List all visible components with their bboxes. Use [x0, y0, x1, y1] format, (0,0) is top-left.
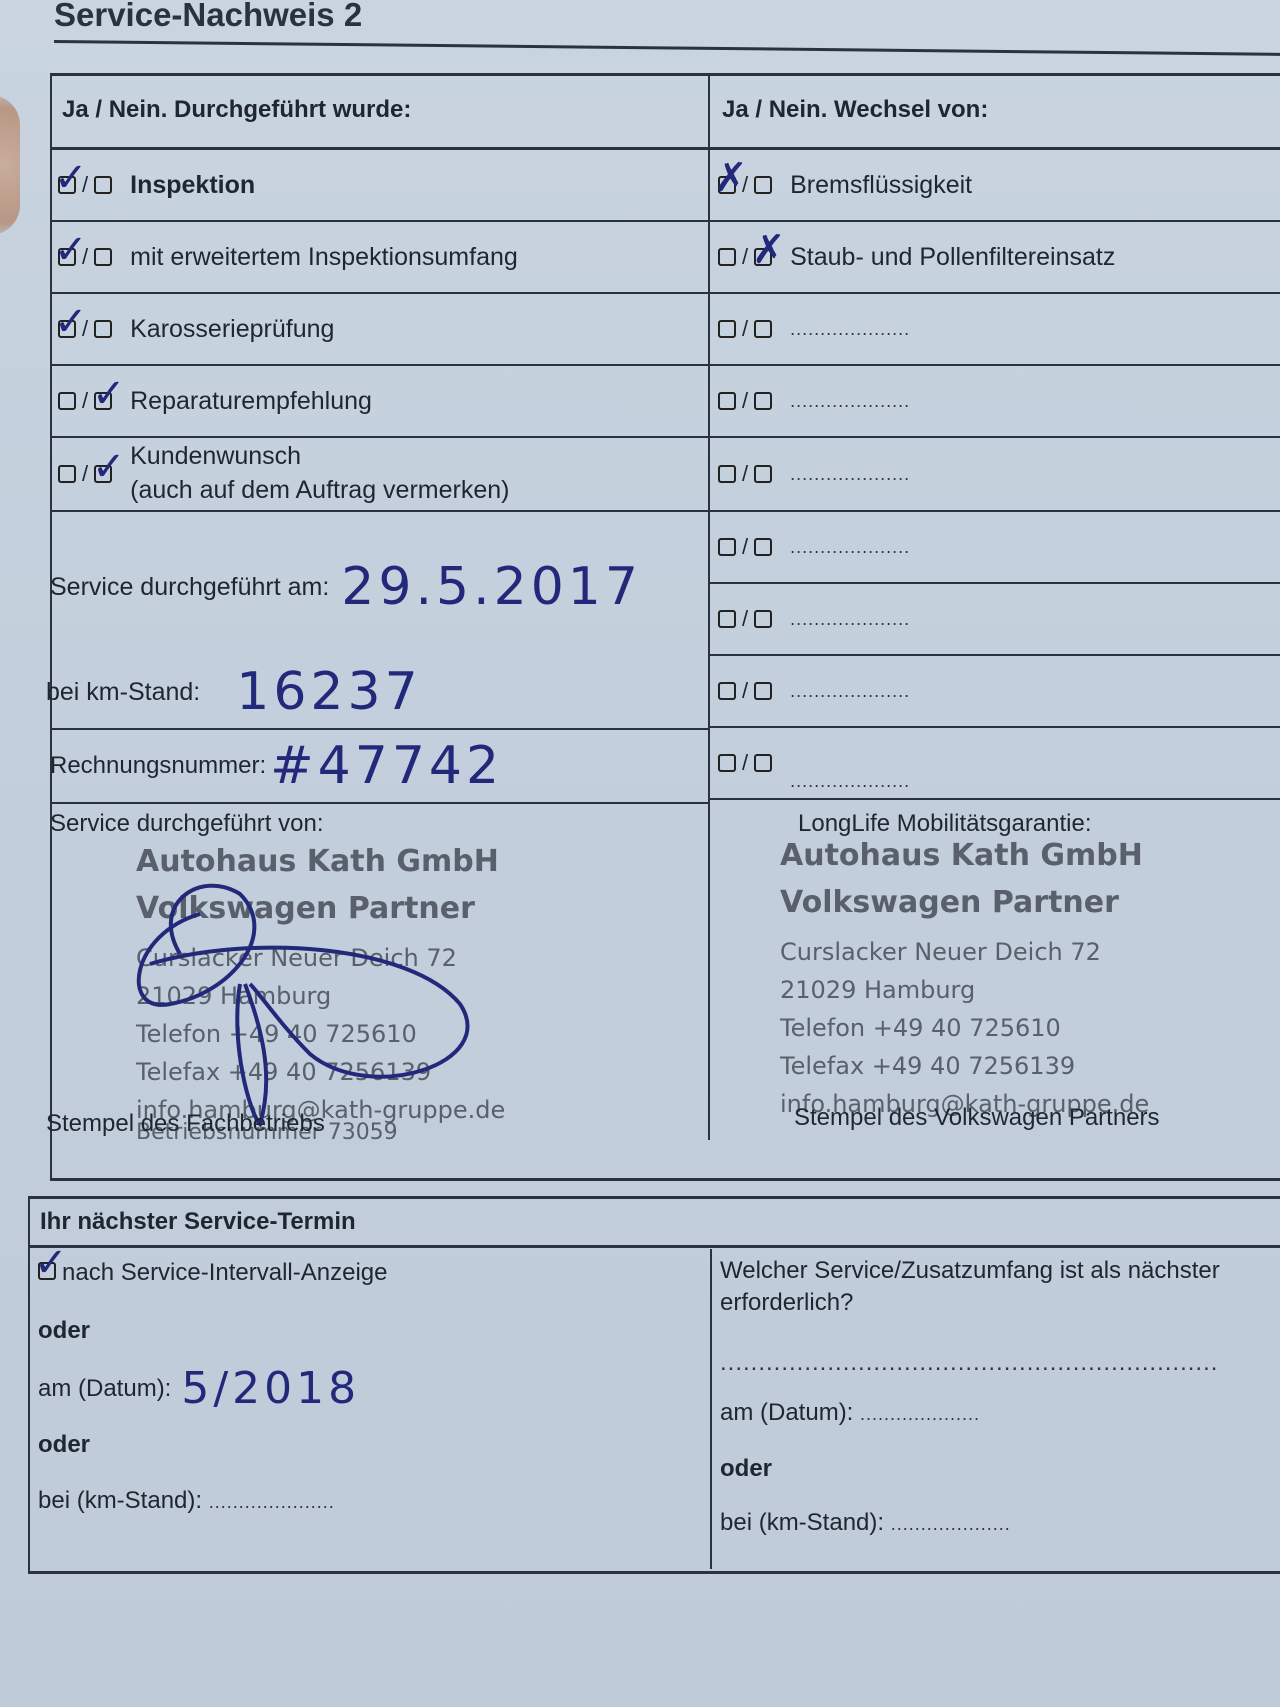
checkbox-yes[interactable]: [58, 392, 76, 410]
yes-no-checkbox[interactable]: /: [718, 316, 772, 342]
stamp-city: 21029 Hamburg: [780, 976, 1149, 1004]
checkbox-no[interactable]: [754, 392, 772, 410]
right-header: Ja / Nein. Wechsel von:: [710, 73, 1280, 150]
blank-entry[interactable]: ....................: [790, 464, 910, 485]
stamp-company: Autohaus Kath GmbH: [780, 838, 1149, 873]
yes-no-checkbox[interactable]: /: [718, 461, 772, 487]
next-date-value[interactable]: 5/2018: [181, 1363, 360, 1414]
blank-entry[interactable]: ....................: [790, 319, 910, 340]
stamp-fax: Telefax +49 40 7256139: [780, 1052, 1149, 1080]
right-column: Ja / Nein. Wechsel von: / ✗ Bremsflüssig…: [708, 73, 1280, 1140]
stamp-partner: Volkswagen Partner: [780, 885, 1149, 920]
checkbox-yes[interactable]: [718, 538, 736, 556]
list-item: / ✓ Reparaturempfehlung: [50, 366, 708, 438]
left-column: Ja / Nein. Durchgeführt wurde: / ✓ Inspe…: [50, 73, 708, 1144]
interval-label: nach Service-Intervall-Anzeige: [62, 1259, 388, 1287]
list-item: / ....................: [710, 294, 1280, 366]
yes-no-checkbox[interactable]: / ✓: [58, 316, 112, 342]
invoice-value[interactable]: #47742: [270, 736, 503, 796]
list-item: / ✗ Staub- und Pollenfiltereinsatz: [710, 222, 1280, 294]
next-scope-answer[interactable]: ........................................…: [720, 1349, 1218, 1377]
checkbox-yes[interactable]: [718, 392, 736, 410]
list-item: / ....................: [710, 512, 1280, 584]
list-item: / ....................: [710, 656, 1280, 728]
checkbox-no[interactable]: [754, 682, 772, 700]
workshop-stamp-footer: Stempel des Fachbetriebs: [46, 1110, 325, 1138]
partner-stamp: Autohaus Kath GmbH Volkswagen Partner Cu…: [780, 838, 1149, 1118]
item-label: Bremsflüssigkeit: [790, 171, 972, 200]
checkbox-yes[interactable]: [58, 465, 76, 483]
list-item: / ✓ mit erweitertem Inspektionsumfang: [50, 222, 708, 294]
pen-cross-icon: ✗: [752, 230, 786, 270]
checkbox-yes[interactable]: [718, 248, 736, 266]
km-label: bei km-Stand:: [46, 678, 200, 707]
interval-option[interactable]: ✓ nach Service-Intervall-Anzeige: [38, 1259, 388, 1287]
yes-no-checkbox[interactable]: /: [718, 606, 772, 632]
list-item: / ✓ Inspektion: [50, 150, 708, 222]
stamp-street: Curslacker Neuer Deich 72: [780, 938, 1149, 966]
next-km-label: bei (km-Stand):: [38, 1487, 202, 1514]
item-label-main: Kundenwunsch: [130, 442, 301, 470]
pen-check-icon: ✓: [34, 1243, 68, 1283]
list-item: / ....................: [710, 366, 1280, 438]
next-service-header: Ihr nächster Service-Termin: [30, 1199, 1280, 1248]
next-date-label: am (Datum):: [38, 1375, 171, 1403]
or-label: oder: [38, 1431, 90, 1458]
partner-stamp-footer: Stempel des Volkswagen Partners: [794, 1104, 1160, 1132]
yes-no-checkbox[interactable]: / ✓: [58, 461, 112, 487]
item-label: Inspektion: [130, 171, 255, 200]
list-item: / ....................: [710, 728, 1280, 800]
checkbox-no[interactable]: [94, 248, 112, 266]
pen-check-icon: ✓: [92, 447, 126, 487]
item-label: Staub- und Pollenfiltereinsatz: [790, 243, 1115, 272]
checkbox-no[interactable]: [754, 320, 772, 338]
invoice-label: Rechnungsnummer:: [50, 752, 266, 780]
left-header: Ja / Nein. Durchgeführt wurde:: [50, 73, 708, 150]
yes-no-checkbox[interactable]: / ✗: [718, 244, 772, 270]
blank-entry[interactable]: ....................: [790, 609, 910, 630]
list-item: / ✓ Kundenwunsch (auch auf dem Auftrag v…: [50, 438, 708, 512]
blank-entry[interactable]: ....................: [790, 537, 910, 558]
finger-edge: [0, 95, 20, 235]
stamp-city: 21029 Hamburg: [136, 982, 505, 1010]
stamp-fax: Telefax +49 40 7256139: [136, 1058, 505, 1086]
next-km-value[interactable]: ....................: [891, 1514, 1011, 1534]
guarantee-label: LongLife Mobilitätsgarantie:: [798, 810, 1092, 838]
km-value[interactable]: 16237: [236, 662, 421, 722]
workshop-stamp-block: Service durchgeführt von: Autohaus Kath …: [50, 804, 708, 1144]
or-label: oder: [720, 1455, 772, 1482]
item-sublabel: (auch auf dem Auftrag vermerken): [130, 476, 509, 504]
next-service-right: Welcher Service/Zusatzumfang ist als näc…: [710, 1249, 1280, 1569]
checkbox-no[interactable]: [94, 320, 112, 338]
yes-no-checkbox[interactable]: / ✓: [58, 388, 112, 414]
page-title: Service-Nachweis 2: [54, 0, 362, 34]
pen-check-icon: ✓: [54, 158, 88, 198]
item-label: Karosserieprüfung: [130, 315, 334, 344]
pen-check-icon: ✓: [54, 302, 88, 342]
list-item: / ....................: [710, 438, 1280, 512]
or-label: oder: [38, 1317, 90, 1344]
service-date-label: Service durchgeführt am:: [50, 573, 329, 602]
stamp-partner: Volkswagen Partner: [136, 891, 505, 926]
checkbox-no[interactable]: [754, 754, 772, 772]
next-date-value[interactable]: ....................: [860, 1404, 980, 1424]
partner-stamp-block: LongLife Mobilitätsgarantie: Autohaus Ka…: [710, 800, 1280, 1140]
blank-entry[interactable]: ....................: [790, 771, 910, 792]
next-km-value[interactable]: .....................: [209, 1492, 335, 1512]
next-service-section: Ihr nächster Service-Termin ✓ nach Servi…: [28, 1196, 1280, 1574]
checkbox-no[interactable]: [754, 538, 772, 556]
service-date-block: Service durchgeführt am: 29.5.2017 bei k…: [50, 512, 708, 730]
checkbox-no[interactable]: [754, 465, 772, 483]
stamp-street: Curslacker Neuer Deich 72: [136, 944, 505, 972]
checkbox-no[interactable]: [754, 610, 772, 628]
checkbox-yes[interactable]: [718, 754, 736, 772]
stamp-company: Autohaus Kath GmbH: [136, 844, 505, 879]
stamp-phone: Telefon +49 40 725610: [780, 1014, 1149, 1042]
item-label: Kundenwunsch (auch auf dem Auftrag verme…: [130, 440, 509, 508]
yes-no-checkbox[interactable]: /: [718, 388, 772, 414]
yes-no-checkbox[interactable]: / ✓: [58, 172, 112, 198]
item-label: mit erweitertem Inspektionsumfang: [130, 243, 518, 272]
next-scope-question: Welcher Service/Zusatzumfang ist als näc…: [720, 1255, 1280, 1320]
service-date-value[interactable]: 29.5.2017: [341, 557, 642, 617]
next-date-label: am (Datum):: [720, 1399, 853, 1426]
blank-entry[interactable]: ....................: [790, 681, 910, 702]
list-item: / ✓ Karosserieprüfung: [50, 294, 708, 366]
pen-cross-icon: ✗: [714, 158, 748, 198]
yes-no-checkbox[interactable]: /: [718, 750, 772, 776]
pen-check-icon: ✓: [92, 374, 126, 414]
yes-no-checkbox[interactable]: / ✓: [58, 244, 112, 270]
checkbox-yes[interactable]: [718, 465, 736, 483]
title-underline: [54, 40, 1280, 56]
checkbox-yes[interactable]: [718, 610, 736, 628]
workshop-stamp: Autohaus Kath GmbH Volkswagen Partner Cu…: [136, 844, 505, 1145]
list-item: / ....................: [710, 584, 1280, 656]
next-service-left: ✓ nach Service-Intervall-Anzeige oder am…: [30, 1249, 710, 1569]
checkbox-no[interactable]: [754, 176, 772, 194]
performed-by-label: Service durchgeführt von:: [50, 810, 323, 838]
blank-entry[interactable]: ....................: [790, 391, 910, 412]
next-km-label: bei (km-Stand):: [720, 1509, 884, 1536]
checkbox-no[interactable]: [94, 176, 112, 194]
yes-no-checkbox[interactable]: /: [718, 534, 772, 560]
list-item: / ✗ Bremsflüssigkeit: [710, 150, 1280, 222]
item-label: Reparaturempfehlung: [130, 387, 372, 416]
stamp-phone: Telefon +49 40 725610: [136, 1020, 505, 1048]
pen-check-icon: ✓: [54, 230, 88, 270]
yes-no-checkbox[interactable]: / ✗: [718, 172, 772, 198]
yes-no-checkbox[interactable]: /: [718, 678, 772, 704]
checkbox-yes[interactable]: [718, 682, 736, 700]
invoice-row: Rechnungsnummer: #47742: [50, 730, 708, 804]
checkbox-yes[interactable]: [718, 320, 736, 338]
